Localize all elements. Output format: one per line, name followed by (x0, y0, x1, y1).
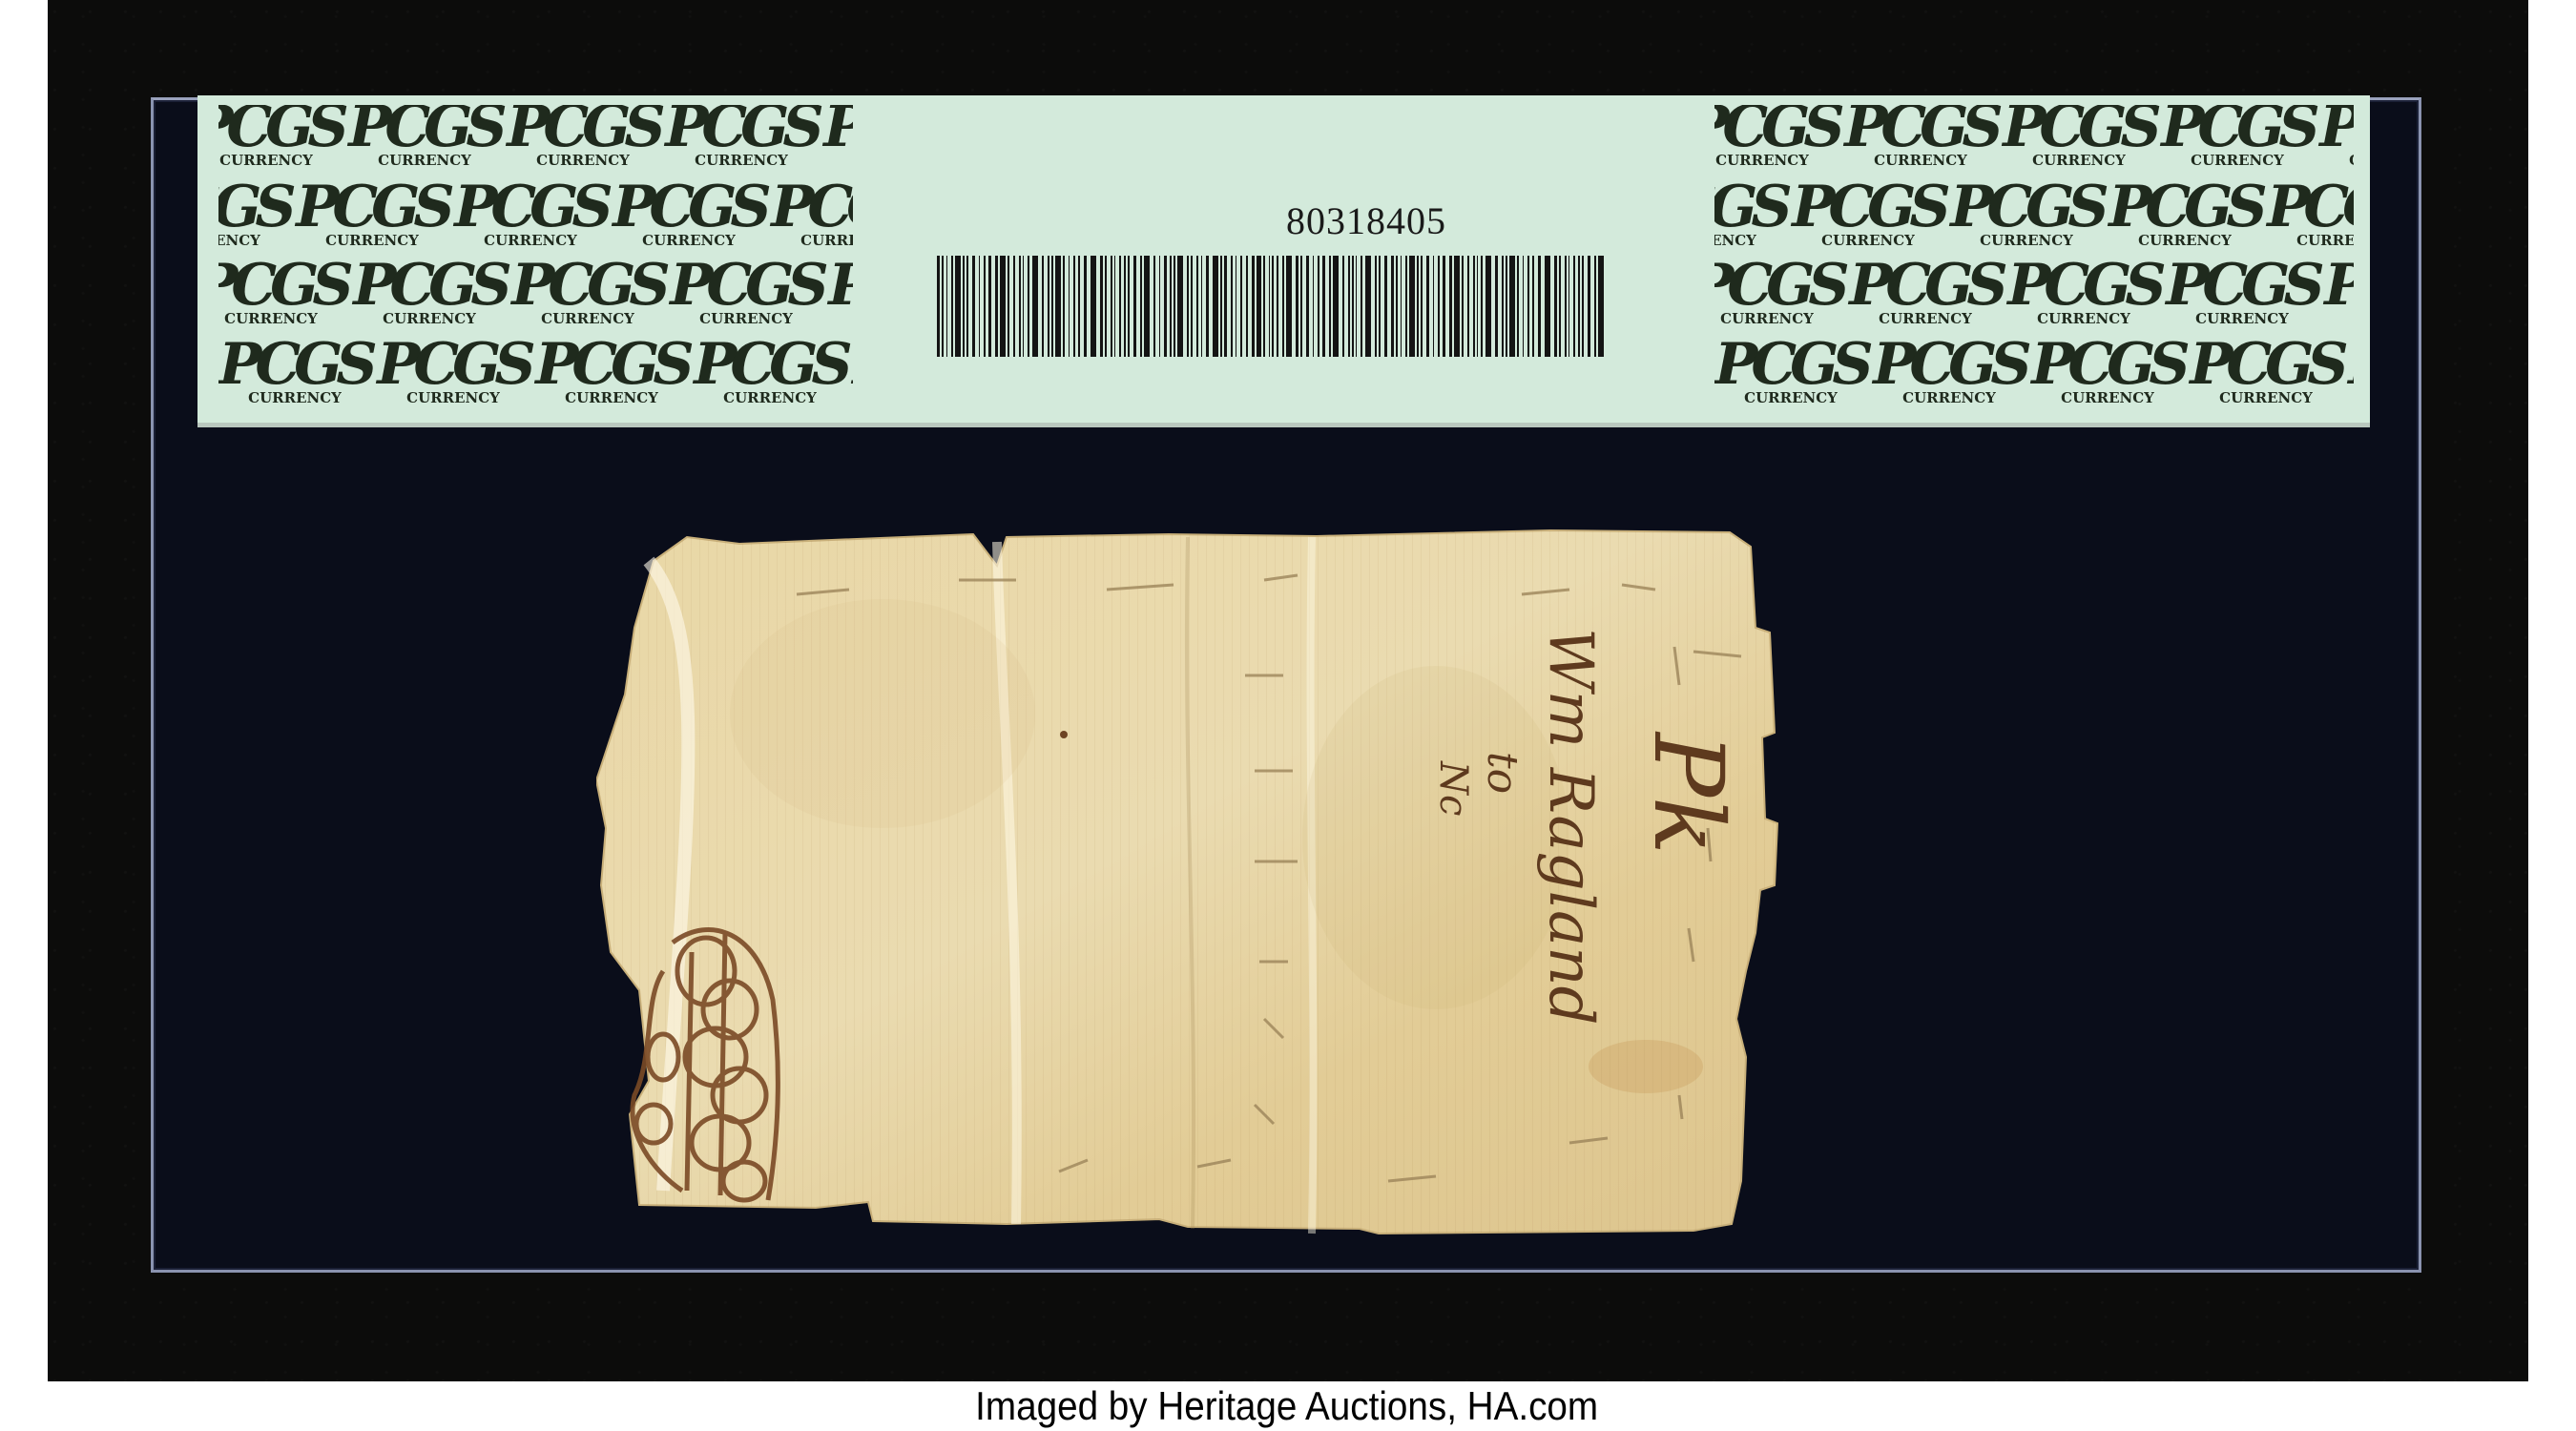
barcode-bar (1124, 256, 1126, 357)
handwritten-place: Nc (1431, 760, 1475, 816)
barcode-bar (1091, 256, 1096, 357)
barcode-bar (1538, 256, 1541, 357)
barcode-bar (1594, 256, 1596, 357)
barcode-bar (1159, 256, 1160, 357)
barcode (937, 256, 1608, 357)
barcode-bar (1502, 256, 1504, 357)
barcode-bar (1417, 256, 1419, 357)
barcode-bar (1454, 256, 1460, 357)
brand-logo: PCGS (2319, 105, 2354, 153)
barcode-bar (946, 256, 947, 357)
barcode-bar (1084, 256, 1087, 357)
barcode-bar (1365, 256, 1371, 357)
barcode-bar (1013, 256, 1015, 357)
logo-row: PCGSCURRENCYPCGSCURRENCYPCGSCURRENCYPCGS… (218, 181, 853, 258)
barcode-bar (1174, 256, 1175, 357)
barcode-bar (1114, 256, 1115, 357)
barcode-bar (1449, 256, 1452, 357)
brand-logo: PCGS (2348, 339, 2354, 390)
barcode-bar (1443, 256, 1445, 357)
barcode-bar (1023, 256, 1024, 357)
logo-row: PCGSCURRENCYPCGSCURRENCYPCGSCURRENCYPCGS… (1714, 105, 2354, 177)
brand-logo: PCGS (1873, 339, 2025, 390)
barcode-bar (1384, 256, 1387, 357)
brand-logo: PCGS (2166, 259, 2318, 311)
barcode-bar (1409, 256, 1415, 357)
brand-logo: PCGS (2031, 339, 2184, 390)
barcode-bar (1286, 256, 1292, 357)
barcode-bar (1220, 256, 1222, 357)
brand-logo: PCGS (694, 339, 846, 390)
barcode-bar (1329, 256, 1331, 357)
barcode-bar (1153, 256, 1155, 357)
barcode-bar (1187, 256, 1189, 357)
barcode-bar (937, 256, 940, 357)
brand-logo: PCGS (2161, 105, 2314, 153)
brand-logo: PCGS (2007, 259, 2160, 311)
handwritten-name: Wm Ragland (1535, 628, 1606, 1025)
barcode-bar (1559, 256, 1561, 357)
barcode-bar (1078, 256, 1080, 357)
barcode-bar (1133, 256, 1136, 357)
barcode-bar (1055, 256, 1061, 357)
brand-logo: PCGS (1714, 181, 1786, 233)
brand-logo: PCGS (1714, 259, 1843, 311)
logo-row: PCGSCURRENCYPCGSCURRENCYPCGSCURRENCYPCGS… (1714, 259, 2354, 336)
barcode-bar (1272, 256, 1274, 357)
barcode-bar (1144, 256, 1150, 357)
barcode-bar (1356, 256, 1357, 357)
barcode-bar (1042, 256, 1045, 357)
barcode-bar (1348, 256, 1350, 357)
barcode-bar (1545, 256, 1550, 357)
barcode-bar (1257, 256, 1262, 357)
barcode-bar (1421, 256, 1423, 357)
barcode-bar (1391, 256, 1394, 357)
barcode-bar (1375, 256, 1377, 357)
brand-logo: PCGS (218, 339, 371, 390)
barcode-bar (955, 256, 961, 357)
barcode-bar (1119, 256, 1121, 357)
barcode-bar (1565, 256, 1567, 357)
brand-logo: PCGS (828, 259, 853, 311)
barcode-bar (1032, 256, 1038, 357)
barcode-bar (1277, 256, 1278, 357)
barcode-bar (966, 256, 968, 357)
logo-row: PCGSCURRENCYPCGSCURRENCYPCGSCURRENCYPCGS… (1714, 181, 2354, 258)
barcode-bar (1598, 256, 1604, 357)
grading-label: PCGSCURRENCYPCGSCURRENCYPCGSCURRENCYPCGS… (197, 95, 2370, 427)
barcode-bar (1213, 256, 1218, 357)
barcode-bar (1008, 256, 1009, 357)
brand-logo: PCGS (1792, 181, 1944, 233)
barcode-bar (1313, 256, 1314, 357)
barcode-bar (1252, 256, 1255, 357)
brand-logo: PCGS (1714, 105, 1839, 153)
barcode-bar (1051, 256, 1053, 357)
logo-row: PCGSCURRENCYPCGSCURRENCYPCGSCURRENCYPCGS… (218, 259, 853, 336)
barcode-bar (1532, 256, 1534, 357)
note-paper-illustration: Wm Ragland to Nc Pk (596, 523, 1932, 1238)
barcode-bar (1105, 256, 1107, 357)
logo-row: PCGSCURRENCYPCGSCURRENCYPCGSCURRENCYPCGS… (218, 105, 853, 177)
barcode-bar (1300, 256, 1302, 357)
barcode-bar (1342, 256, 1344, 357)
barcode-bar (1069, 256, 1070, 357)
barcode-bar (951, 256, 953, 357)
brand-logo: PCGS (218, 181, 290, 233)
barcode-bar (1506, 256, 1507, 357)
barcode-bar (1000, 256, 1006, 357)
barcode-bar (1426, 256, 1429, 357)
brand-logo: PCGS (348, 105, 501, 153)
barcode-bar (1240, 256, 1242, 357)
barcode-bar (1509, 256, 1515, 357)
brand-logo: PCGS (353, 259, 506, 311)
brand-logo: PCGS (507, 105, 659, 153)
banknote-back: Wm Ragland to Nc Pk (596, 523, 1932, 1238)
barcode-bar (1296, 256, 1298, 357)
barcode-bar (1477, 256, 1478, 357)
brand-logo: PCGS (1950, 181, 2103, 233)
barcode-bar (1523, 256, 1524, 357)
brand-logo: PCGS (1714, 339, 1867, 390)
barcode-bar (942, 256, 944, 357)
barcode-bar (1352, 256, 1354, 357)
barcode-bar (1517, 256, 1519, 357)
barcode-bar (1333, 256, 1339, 357)
barcode-bar (972, 256, 975, 357)
barcode-bar (1140, 256, 1142, 357)
barcode-bar (1361, 256, 1362, 357)
brand-logo: PCGS (771, 181, 853, 233)
brand-logo: PCGS (613, 181, 765, 233)
barcode-bar (1401, 256, 1402, 357)
barcode-bar (1462, 256, 1464, 357)
handwritten-mark: Pk (1632, 731, 1744, 855)
brand-logo: PCGS (852, 339, 853, 390)
barcode-bar (1224, 256, 1227, 357)
brand-logo: PCGS (1849, 259, 2002, 311)
brand-logo: PCGS (670, 259, 822, 311)
barcode-bar (1191, 256, 1193, 357)
brand-pattern-right: PCGSCURRENCYPCGSCURRENCYPCGSCURRENCYPCGS… (1714, 105, 2354, 420)
brand-logo: PCGS (665, 105, 818, 153)
brand-logo: PCGS (1844, 105, 1997, 153)
barcode-bar (1379, 256, 1381, 357)
barcode-bar (1164, 256, 1167, 357)
brand-logo: PCGS (2267, 181, 2354, 233)
barcode-bar (1322, 256, 1325, 357)
barcode-bar (1405, 256, 1407, 357)
logo-row: PCGSCURRENCYPCGSCURRENCYPCGSCURRENCYPCGS… (1714, 339, 2354, 415)
barcode-bar (1396, 256, 1398, 357)
brand-logo: PCGS (377, 339, 530, 390)
brand-logo: PCGS (218, 105, 343, 153)
brand-logo: PCGS (2190, 339, 2342, 390)
barcode-bar (1467, 256, 1469, 357)
barcode-bar (1582, 256, 1584, 357)
barcode-bar (1318, 256, 1319, 357)
barcode-bar (1306, 256, 1309, 357)
image-credit-caption: Imaged by Heritage Auctions, HA.com (102, 1381, 2472, 1431)
barcode-bar (963, 256, 965, 357)
brand-logo: PCGS (296, 181, 448, 233)
barcode-bar (1527, 256, 1529, 357)
brand-logo: PCGS (535, 339, 688, 390)
barcode-bar (1433, 256, 1434, 357)
barcode-bar (1128, 256, 1130, 357)
brand-logo: PCGS (2324, 259, 2354, 311)
barcode-bar (1481, 256, 1483, 357)
barcode-bar (984, 256, 986, 357)
barcode-bar (1100, 256, 1103, 357)
brand-logo: PCGS (2109, 181, 2261, 233)
barcode-bar (1201, 256, 1202, 357)
barcode-bar (1019, 256, 1021, 357)
barcode-bar (1177, 256, 1183, 357)
barcode-bar (1573, 256, 1575, 357)
barcode-bar (1568, 256, 1569, 357)
barcode-bar (979, 256, 980, 357)
barcode-bar (1028, 256, 1029, 357)
barcode-bar (1578, 256, 1580, 357)
brand-pattern-left: PCGSCURRENCYPCGSCURRENCYPCGSCURRENCYPCGS… (218, 105, 853, 420)
brand-logo: PCGS (511, 259, 664, 311)
handwritten-to: to (1478, 752, 1527, 794)
barcode-bar (1170, 256, 1172, 357)
barcode-bar (1206, 256, 1209, 357)
logo-row: PCGSCURRENCYPCGSCURRENCYPCGSCURRENCYPCGS… (218, 339, 853, 415)
brand-logo: PCGS (218, 259, 347, 311)
barcode-bar (1554, 256, 1557, 357)
barcode-bar (1282, 256, 1284, 357)
barcode-bar (995, 256, 998, 357)
barcode-bar (1246, 256, 1248, 357)
certification-number: 80318405 (1237, 198, 1495, 243)
barcode-bar (1063, 256, 1065, 357)
barcode-bar (1495, 256, 1498, 357)
barcode-bar (1196, 256, 1198, 357)
barcode-bar (1073, 256, 1075, 357)
barcode-bar (1485, 256, 1491, 357)
brand-logo: PCGS (2003, 105, 2155, 153)
barcode-bar (1588, 256, 1590, 357)
barcode-bar (1269, 256, 1270, 357)
barcode-bar (1263, 256, 1265, 357)
barcode-bar (988, 256, 991, 357)
brand-logo: PCGS (454, 181, 607, 233)
barcode-bar (1438, 256, 1440, 357)
barcode-bar (1236, 256, 1236, 357)
barcode-bar (1111, 256, 1112, 357)
barcode-bar (1231, 256, 1233, 357)
barcode-bar (1048, 256, 1049, 357)
barcode-bar (1473, 256, 1475, 357)
brand-logo: PCGS (823, 105, 853, 153)
